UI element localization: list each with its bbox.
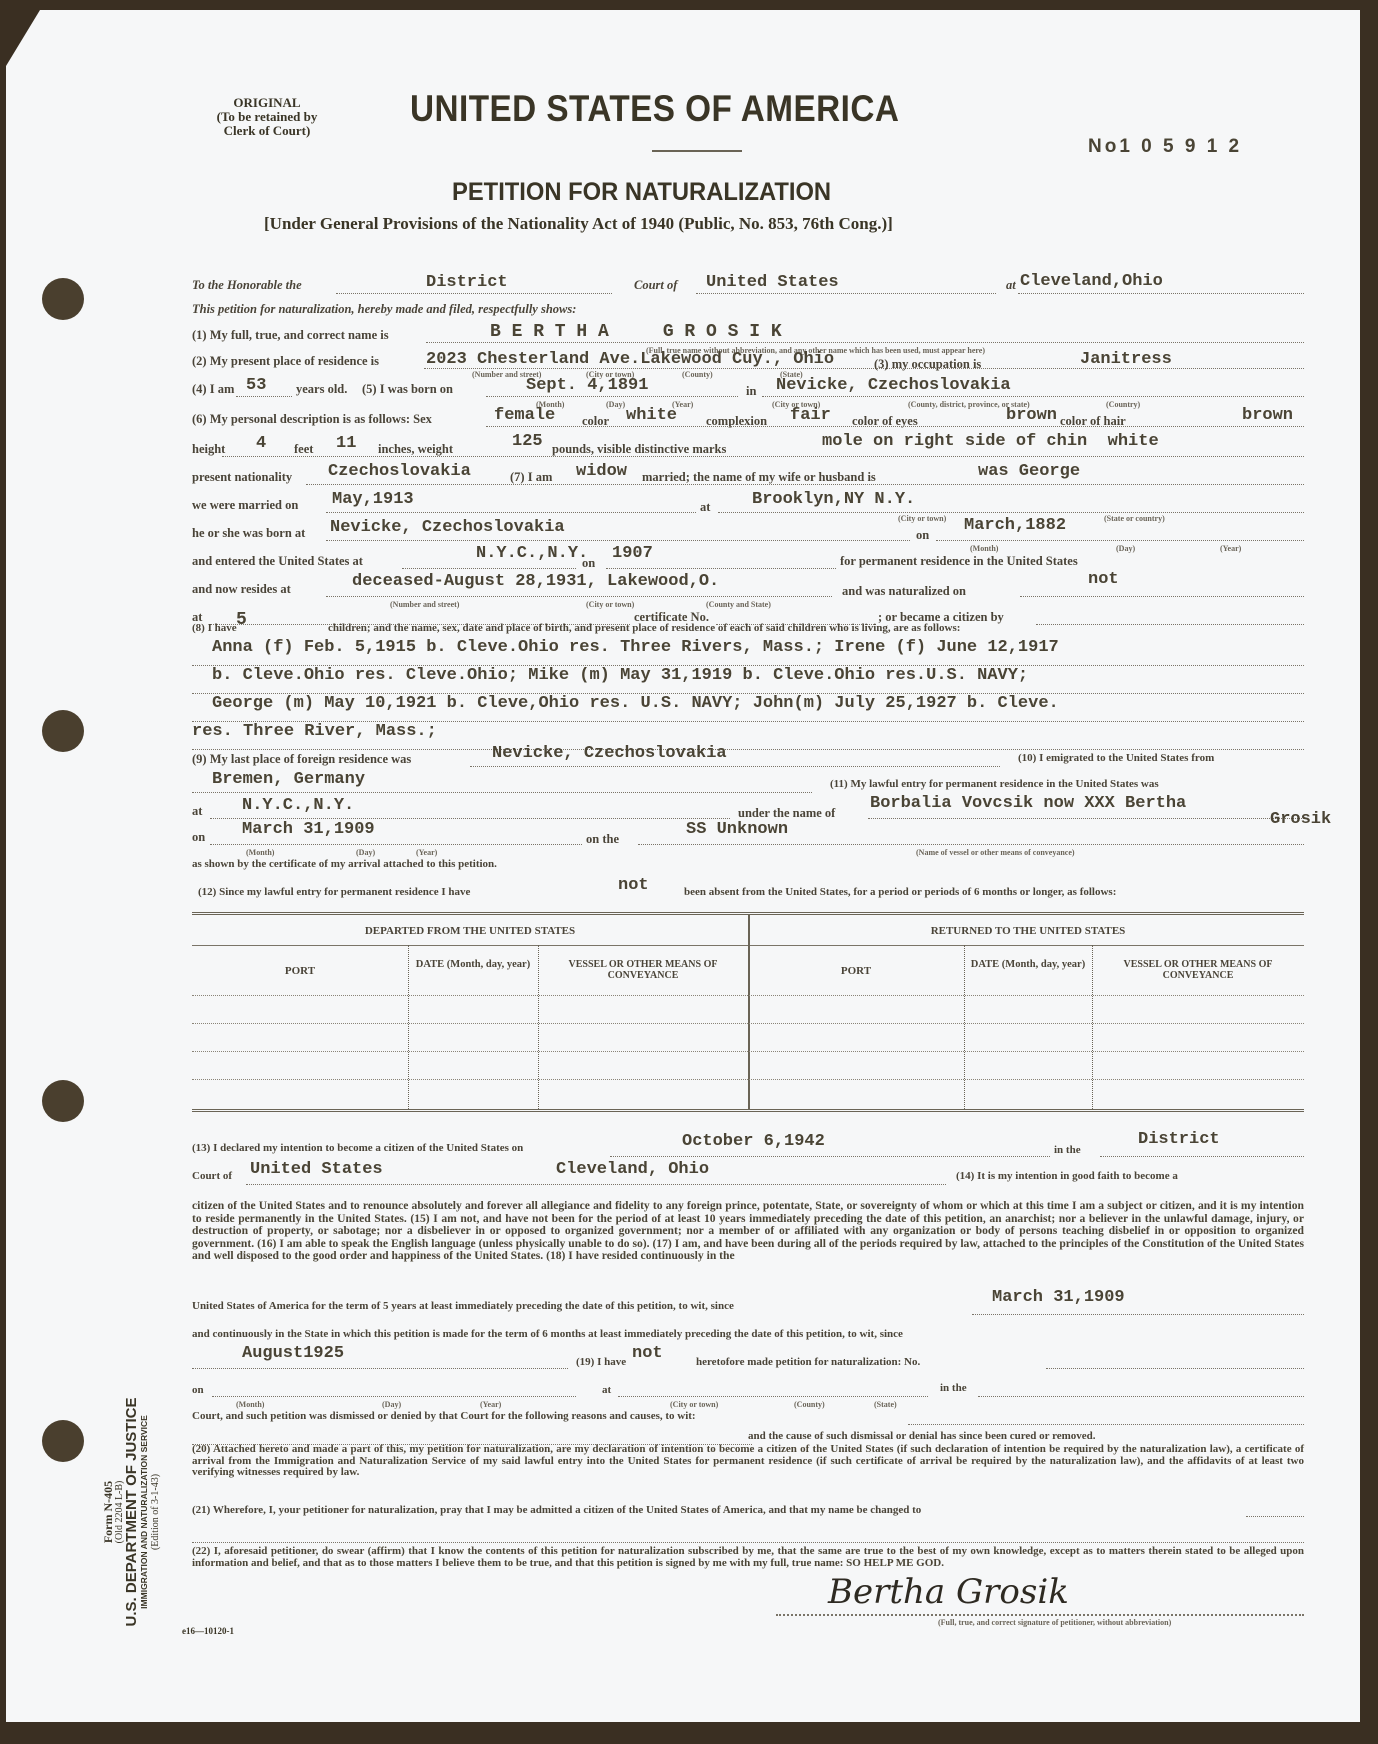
q8-suffix: children; and the name, sex, date and pl…	[328, 622, 960, 634]
entry-place-field[interactable]: N.Y.C.,N.Y.	[242, 796, 354, 815]
children-list: Anna (f) Feb. 5,1915 b. Cleve.Ohio res. …	[192, 638, 1304, 750]
entered-suffix: for permanent residence in the United St…	[840, 554, 1078, 569]
caption: (City or town)	[898, 514, 946, 523]
q8-label: (8) I have	[192, 622, 237, 634]
caption: (State)	[874, 1400, 897, 1409]
document-title: UNITED STATES OF AMERICA	[410, 88, 899, 130]
binder-hole	[42, 1080, 84, 1122]
original-note-line: Clerk of Court)	[192, 124, 342, 138]
print-code: e16—10120-1	[182, 1626, 234, 1636]
q20-paragraph: (20) Attached hereto and made a part of …	[192, 1444, 1304, 1479]
q19-label: (19) I have	[576, 1356, 626, 1368]
caption: (Country)	[1106, 400, 1140, 409]
declared-court-field[interactable]: United States	[250, 1160, 383, 1179]
distinctive-marks-field[interactable]: mole on right side of chin white	[822, 432, 1159, 451]
entry-on-label: on	[192, 830, 205, 845]
q12-label: (12) Since my lawful entry for permanent…	[198, 886, 470, 898]
caption: (Name of vessel or other means of convey…	[916, 848, 1075, 857]
on-label: on	[192, 1384, 204, 1396]
height-label: height	[192, 442, 225, 457]
court-location-field[interactable]: Cleveland,Ohio	[1020, 272, 1163, 291]
feet-label: feet	[294, 442, 313, 457]
at-label: at	[602, 1384, 611, 1396]
birth-place-field[interactable]: Nevicke, Czechoslovakia	[776, 376, 1011, 395]
q14-label: (14) It is my intention in good faith to…	[956, 1170, 1178, 1182]
declared-city-field[interactable]: Cleveland, Ohio	[556, 1160, 709, 1179]
original-label: ORIGINAL	[192, 96, 342, 110]
dismissed-line: Court, and such petition was dismissed o…	[192, 1410, 696, 1422]
caption: (Day)	[606, 400, 625, 409]
q4-label: (4) I am	[192, 382, 234, 397]
q21-line: (21) Wherefore, I, your petitioner for n…	[192, 1504, 921, 1516]
department: U.S. DEPARTMENT OF JUSTICE	[126, 1352, 138, 1672]
oath-paragraph: citizen of the United States and to reno…	[192, 1200, 1304, 1263]
court-type-field[interactable]: District	[426, 273, 508, 292]
petitioner-signature: Bertha Grosik	[828, 1572, 1069, 1612]
birth-date-field[interactable]: Sept. 4,1891	[526, 376, 648, 395]
returned-header: RETURNED TO THE UNITED STATES	[752, 925, 1304, 937]
col-port: PORT	[748, 965, 964, 977]
children-line[interactable]: b. Cleve.Ohio res. Cleve.Ohio; Mike (m) …	[192, 666, 1304, 694]
at-label: at	[1006, 278, 1016, 293]
caption: (Day)	[382, 1400, 401, 1409]
entry-name-field[interactable]: Borbalia Vovcsik now XXX Bertha	[870, 794, 1186, 813]
age-field[interactable]: 53	[246, 376, 266, 395]
col-date: DATE (Month, day, year)	[964, 959, 1092, 970]
caption: (Number and street)	[390, 600, 459, 609]
col-vessel: VESSEL OR OTHER MEANS OF CONVEYANCE	[538, 959, 748, 981]
residence-field[interactable]: 2023 Chesterland Ave.Lakewood Cuy., Ohio	[426, 350, 834, 369]
court-name-field[interactable]: United States	[706, 273, 839, 292]
caption: (State or country)	[1104, 514, 1165, 523]
state-since-field[interactable]: August1925	[242, 1344, 344, 1363]
document-subtitle: PETITION FOR NATURALIZATION	[452, 178, 831, 207]
spouse-naturalized-field[interactable]: not	[1088, 570, 1119, 589]
color-field[interactable]: white	[626, 406, 677, 425]
married-label: we were married on	[192, 498, 298, 513]
col-port: PORT	[192, 965, 408, 977]
caption: (Month)	[246, 848, 274, 857]
q12-suffix: been absent from the United States, for …	[684, 886, 1116, 898]
q9-label: (9) My last place of foreign residence w…	[192, 752, 411, 767]
caption: (Day)	[356, 848, 375, 857]
q13-label: (13) I declared my intention to become a…	[192, 1142, 523, 1154]
petition-number: No1 0 5 9 1 2	[1088, 136, 1242, 158]
binder-hole	[42, 1420, 84, 1462]
q2-label: (2) My present place of residence is	[192, 354, 379, 369]
original-note: ORIGINAL (To be retained by Clerk of Cou…	[192, 96, 342, 138]
declared-court-type-field[interactable]: District	[1138, 1130, 1220, 1149]
spouse-birthplace-field[interactable]: Nevicke, Czechoslovakia	[330, 518, 565, 537]
on-label: on	[916, 528, 929, 543]
q22-paragraph: (22) I, aforesaid petitioner, do swear (…	[192, 1546, 1304, 1569]
spouse-name-field[interactable]: was George	[978, 462, 1080, 481]
spouse-entry-place-field[interactable]: N.Y.C.,N.Y.	[476, 544, 588, 563]
certificate-note: as shown by the certificate of my arriva…	[192, 858, 497, 870]
table-row[interactable]	[192, 995, 1304, 996]
caption: (Day)	[1116, 544, 1135, 553]
edition: (Edition of 3-1-43)	[150, 1352, 162, 1672]
complexion-field[interactable]: fair	[790, 406, 831, 425]
caption: (City or town)	[670, 1400, 718, 1409]
naturalized-label: and was naturalized on	[842, 584, 966, 599]
marital-status-field[interactable]: widow	[576, 462, 627, 481]
q1-label: (1) My full, true, and correct name is	[192, 328, 389, 343]
sex-field[interactable]: female	[494, 406, 555, 425]
entry-date-field[interactable]: March 31,1909	[242, 820, 375, 839]
marriage-place-field[interactable]: Brooklyn,NY N.Y.	[752, 490, 915, 509]
naturalization-petition-page: ORIGINAL (To be retained by Clerk of Cou…	[6, 10, 1360, 1722]
state-line: and continuously in the State in which t…	[192, 1328, 903, 1340]
q3-label: (3) my occupation is	[874, 357, 981, 372]
q4-suffix: years old.	[296, 382, 347, 397]
court-of-label: Court of	[192, 1170, 232, 1182]
col-date: DATE (Month, day, year)	[408, 959, 538, 970]
caption: (County)	[794, 1400, 825, 1409]
children-count-field[interactable]: 5	[236, 610, 247, 630]
caption: (County and State)	[706, 600, 771, 609]
q10-label: (10) I emigrated to the United States fr…	[1018, 752, 1214, 764]
q19-suffix: heretofore made petition for naturalizat…	[696, 1356, 920, 1368]
children-line[interactable]: Anna (f) Feb. 5,1915 b. Cleve.Ohio res. …	[192, 638, 1304, 666]
intro-text: This petition for naturalization, hereby…	[192, 302, 576, 317]
signature-caption: (Full, true, and correct signature of pe…	[938, 1618, 1171, 1627]
original-note-line: (To be retained by	[192, 110, 342, 124]
resided-since-field[interactable]: March 31,1909	[992, 1288, 1125, 1307]
marriage-date-field[interactable]: May,1913	[332, 490, 414, 509]
resides-label: and now resides at	[192, 582, 291, 597]
authority-line: [Under General Provisions of the Nationa…	[264, 214, 893, 234]
table-row[interactable]	[192, 1051, 1304, 1052]
caption: (Month)	[970, 544, 998, 553]
on-label: on	[582, 556, 595, 571]
spouse-entry-date-field[interactable]: 1907	[612, 544, 653, 563]
caption: (City or town)	[586, 600, 634, 609]
court-of-label: Court of	[634, 278, 677, 293]
caption: (Year)	[416, 848, 437, 857]
form-number: Form N-405	[102, 1352, 114, 1672]
q11-label: (11) My lawful entry for permanent resid…	[830, 778, 1159, 790]
inches-label: inches, weight	[378, 442, 453, 457]
entered-label: and entered the United States at	[192, 554, 363, 569]
col-vessel: VESSEL OR OTHER MEANS OF CONVEYANCE	[1092, 959, 1304, 981]
form-identifier: Form N-405 (Old 2204 L-B) U.S. DEPARTMEN…	[102, 1352, 162, 1672]
prior-petition-field[interactable]: not	[632, 1344, 663, 1363]
entry-at-label: at	[192, 804, 202, 819]
hair-field[interactable]: brown	[1242, 406, 1293, 425]
absent-field[interactable]: not	[618, 876, 649, 895]
entry-name-field-continued[interactable]: Grosik	[1270, 810, 1331, 829]
on-the-label: on the	[586, 832, 619, 847]
spouse-birth-date-field[interactable]: March,1882	[964, 516, 1066, 535]
foreign-residence-field[interactable]: Nevicke, Czechoslovakia	[492, 744, 727, 763]
children-line[interactable]: res. Three River, Mass.;	[192, 722, 1304, 750]
q18-line: United States of America for the term of…	[192, 1300, 734, 1312]
vessel-field[interactable]: SS Unknown	[686, 820, 788, 839]
in-label: in	[746, 384, 756, 399]
q7-label: (7) I am	[510, 470, 552, 485]
title-divider	[652, 150, 742, 152]
table-row[interactable]	[192, 1079, 1304, 1080]
height-feet-field[interactable]: 4	[256, 434, 266, 453]
nationality-label: present nationality	[192, 470, 292, 485]
eyes-field[interactable]: brown	[1006, 406, 1057, 425]
q5-label: (5) I was born on	[362, 382, 453, 397]
q6-label: (6) My personal description is as follow…	[192, 412, 432, 427]
to-label: To the Honorable the	[192, 278, 302, 293]
in-the-label: in the	[940, 1382, 967, 1394]
spouse-label: married; the name of my wife or husband …	[642, 470, 876, 485]
departed-header: DEPARTED FROM THE UNITED STATES	[192, 925, 748, 937]
spouse-residence-field[interactable]: deceased-August 28,1931, Lakewood,O.	[352, 572, 719, 591]
married-at-label: at	[700, 500, 710, 515]
height-inches-field[interactable]: 11	[336, 434, 356, 453]
caption: (Year)	[480, 1400, 501, 1409]
weight-field[interactable]: 125	[512, 432, 543, 451]
children-line[interactable]: George (m) May 10,1921 b. Cleve,Ohio res…	[192, 694, 1304, 722]
occupation-field[interactable]: Janitress	[1080, 350, 1172, 369]
nationality-field[interactable]: Czechoslovakia	[328, 462, 471, 481]
in-the-label: in the	[1054, 1144, 1081, 1156]
caption: (Month)	[236, 1400, 264, 1409]
emigrated-from-field[interactable]: Bremen, Germany	[212, 770, 365, 789]
declared-date-field[interactable]: October 6,1942	[682, 1132, 825, 1151]
caption: (County)	[682, 370, 713, 379]
spouse-born-label: he or she was born at	[192, 526, 305, 541]
binder-hole	[42, 278, 84, 320]
cured-line: and the cause of such dismissal or denia…	[748, 1430, 1096, 1442]
table-row[interactable]	[192, 1023, 1304, 1024]
binder-hole	[42, 710, 84, 752]
under-name-label: under the name of	[738, 806, 835, 821]
full-name-field[interactable]: B E R T H A G R O S I K	[490, 322, 782, 342]
marks-label: pounds, visible distinctive marks	[552, 442, 726, 457]
caption: (Year)	[1220, 544, 1241, 553]
